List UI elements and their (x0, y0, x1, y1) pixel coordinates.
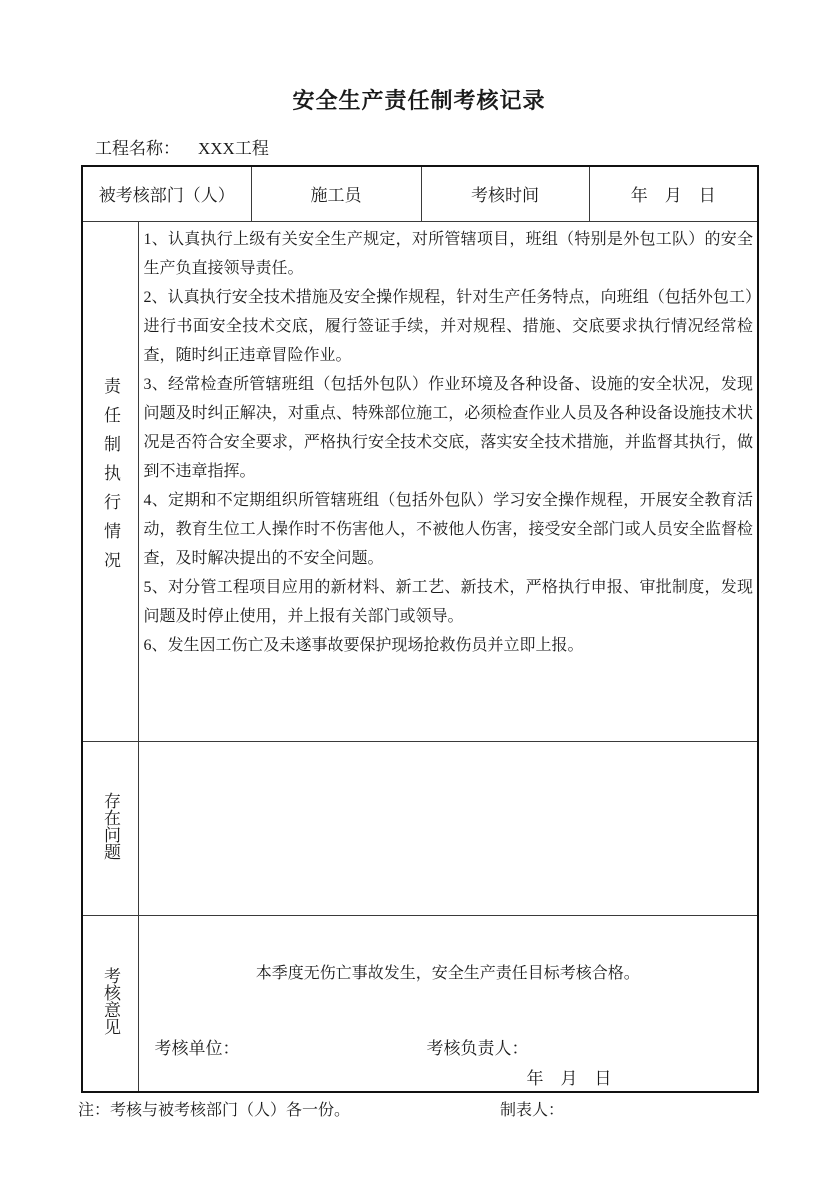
project-name-line: 工程名称：XXX工程 (95, 134, 269, 159)
assessment-record-table: 被考核部门（人） 施工员 考核时间 年 月 日 责任制执行情况 1、认真执行上级… (81, 165, 759, 1093)
assessing-responsible-label: 考核负责人： (427, 1034, 529, 1059)
assess-time-value-cell: 年 月 日 (589, 166, 758, 221)
opinion-label-cell: 考核意见 (82, 915, 138, 1092)
assess-time-label-cell: 考核时间 (421, 166, 589, 221)
assessed-dept-label-cell: 被考核部门（人） (82, 166, 251, 221)
assessing-unit-label: 考核单位： (155, 1034, 240, 1059)
responsibility-item-3: 3、经常检查所管辖班组（包括外包队）作业环境及各种设备、设施的安全状况，发现问题… (144, 370, 754, 486)
opinion-conclusion-text: 本季度无伤亡事故发生，安全生产责任目标考核合格。 (139, 960, 758, 983)
responsibility-item-4: 4、定期和不定期组织所管辖班组（包括外包队）学习安全操作规程，开展安全教育活动，… (144, 486, 754, 573)
responsibility-content-cell: 1、认真执行上级有关安全生产规定，对所管辖项目，班组（特别是外包工队）的安全生产… (138, 221, 758, 741)
project-name-label: 工程名称： (95, 139, 180, 158)
problems-row: 存在问题 (82, 741, 758, 915)
document-title: 安全生产责任制考核记录 (0, 84, 838, 115)
document-page: 安全生产责任制考核记录 工程名称：XXX工程 被考核部门（人） 施工员 考核时间… (0, 0, 838, 1186)
problems-label-cell: 存在问题 (82, 741, 138, 915)
assessed-dept-value-cell: 施工员 (251, 166, 421, 221)
problems-content-cell (138, 741, 758, 915)
responsibility-item-1: 1、认真执行上级有关安全生产规定，对所管辖项目，班组（特别是外包工队）的安全生产… (144, 225, 754, 283)
responsibility-item-5: 5、对分管工程项目应用的新材料、新工艺、新技术，严格执行申报、审批制度，发现问题… (144, 573, 754, 631)
footer-note-line: 注：考核与被考核部门（人）各一份。 制表人： (78, 1097, 768, 1120)
responsibility-row: 责任制执行情况 1、认真执行上级有关安全生产规定，对所管辖项目，班组（特别是外包… (82, 221, 758, 741)
opinion-row: 考核意见 本季度无伤亡事故发生，安全生产责任目标考核合格。 考核单位： 考核负责… (82, 915, 758, 1092)
project-name-value: XXX工程 (198, 139, 269, 158)
responsibility-item-2: 2、认真执行安全技术措施及安全操作规程，针对生产任务特点，向班组（包括外包工）进… (144, 283, 754, 370)
table-header-row: 被考核部门（人） 施工员 考核时间 年 月 日 (82, 166, 758, 221)
opinion-content-cell: 本季度无伤亡事故发生，安全生产责任目标考核合格。 考核单位： 考核负责人： 年 … (138, 915, 758, 1092)
responsibility-section-label: 责任制执行情况 (100, 377, 120, 580)
responsibility-item-6: 6、发生因工伤亡及未遂事故要保护现场抢救伤员并立即上报。 (144, 631, 754, 660)
tabulator-label: 制表人： (500, 1097, 564, 1120)
footer-note-text: 注：考核与被考核部门（人）各一份。 (78, 1102, 350, 1119)
responsibility-label-cell: 责任制执行情况 (82, 221, 138, 741)
opinion-date-line: 年 月 日 (527, 1064, 612, 1089)
opinion-section-label: 考核意见 (100, 967, 120, 1035)
problems-section-label: 存在问题 (100, 792, 120, 860)
